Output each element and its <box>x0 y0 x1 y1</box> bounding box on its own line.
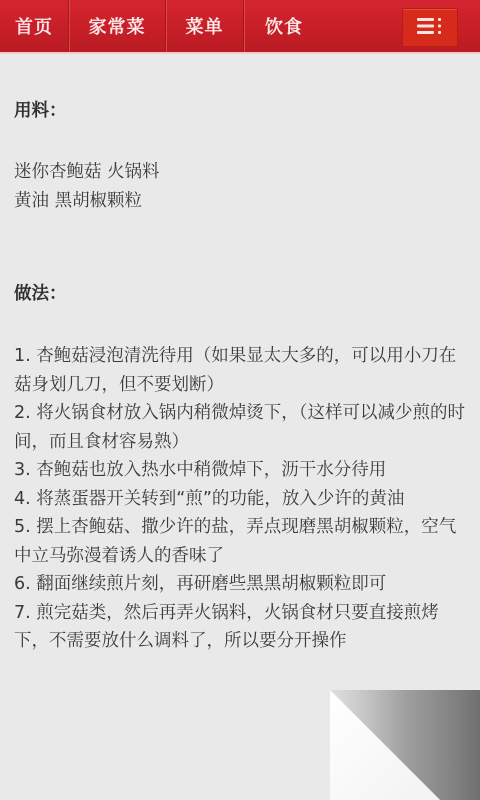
step-item: 3. 杏鲍菇也放入热水中稍微焯下，沥干水分待用 <box>14 456 470 485</box>
ingredient-line: 迷你杏鲍菇 火锅料 <box>14 158 160 187</box>
tab-recipes[interactable]: 菜单 <box>166 0 244 52</box>
top-nav-bar: 首页 家常菜 菜单 饮食 <box>0 0 480 54</box>
page-curl-icon[interactable] <box>330 690 480 800</box>
tab-label: 饮食 <box>265 13 303 39</box>
method-steps: 1. 杏鲍菇浸泡清洗待用（如果显太大多的，可以用小刀在菇身划几刀，但不要划断） … <box>14 342 470 656</box>
ingredient-line: 黄油 黑胡椒颗粒 <box>14 187 160 216</box>
tab-home-cooking[interactable]: 家常菜 <box>69 0 166 52</box>
tab-label: 首页 <box>15 13 53 39</box>
ingredients-list: 迷你杏鲍菇 火锅料 黄油 黑胡椒颗粒 <box>14 158 160 215</box>
step-item: 4. 将蒸蛋器开关转到“煎”的功能，放入少许的黄油 <box>14 485 470 514</box>
ingredients-heading: 用料： <box>14 97 67 126</box>
menu-button[interactable] <box>402 8 458 47</box>
tab-label: 家常菜 <box>89 13 146 39</box>
step-item: 6. 翻面继续煎片刻，再研磨些黑黑胡椒颗粒即可 <box>14 570 470 599</box>
tab-diet[interactable]: 饮食 <box>244 0 324 52</box>
tab-label: 菜单 <box>186 13 224 39</box>
step-item: 2. 将火锅食材放入锅内稍微焯烫下，（这样可以减少煎的时间，而且食材容易熟） <box>14 399 470 456</box>
step-item: 5. 摆上杏鲍菇、撒少许的盐，弄点现磨黑胡椒颗粒，空气中立马弥漫着诱人的香味了 <box>14 513 470 570</box>
tab-home[interactable]: 首页 <box>0 0 69 52</box>
step-item: 1. 杏鲍菇浸泡清洗待用（如果显太大多的，可以用小刀在菇身划几刀，但不要划断） <box>14 342 470 399</box>
method-heading: 做法： <box>14 280 67 309</box>
list-menu-icon <box>417 17 443 39</box>
step-item: 7. 煎完菇类，然后再弄火锅料，火锅食材只要直接煎烤下，不需要放什么调料了，所以… <box>14 599 470 656</box>
